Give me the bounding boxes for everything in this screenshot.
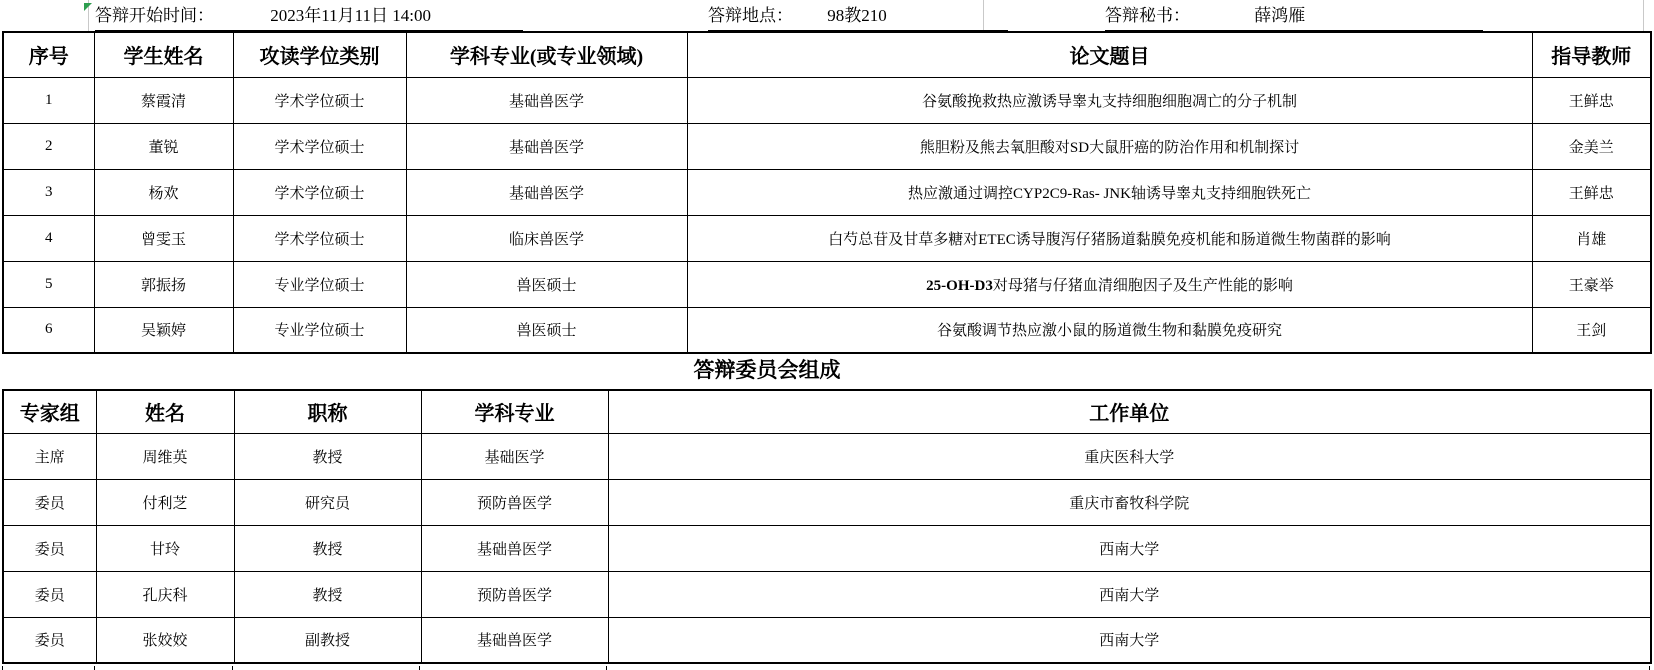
cell-degree-type[interactable]: 学术学位硕士 (233, 169, 406, 215)
cell-title[interactable]: 教授 (234, 433, 421, 479)
cell-major[interactable]: 基础兽医学 (406, 169, 687, 215)
defense-schedule-table: 序号 学生姓名 攻读学位类别 学科专业(或专业领域) 论文题目 指导教师 1蔡霞… (2, 31, 1652, 354)
col-header-title[interactable]: 职称 (234, 390, 421, 433)
col-header-thesis[interactable]: 论文题目 (687, 32, 1532, 77)
cell-no[interactable]: 6 (3, 307, 94, 353)
cell-name[interactable]: 曾雯玉 (94, 215, 233, 261)
gridline (419, 666, 420, 670)
col-header-advisor[interactable]: 指导教师 (1532, 32, 1651, 77)
cell-role[interactable]: 委员 (3, 479, 96, 525)
cell-role[interactable]: 委员 (3, 617, 96, 663)
cell-title[interactable]: 谷氨酸调节热应激小鼠的肠道微生物和黏膜免疫研究 (687, 307, 1532, 353)
cell-title[interactable]: 教授 (234, 571, 421, 617)
cell-name[interactable]: 付利芝 (96, 479, 234, 525)
defense-secretary-cell[interactable]: 答辩秘书： 薛鸿雁 (1105, 2, 1483, 31)
cell-no[interactable]: 2 (3, 123, 94, 169)
cell-title[interactable]: 副教授 (234, 617, 421, 663)
cell-name[interactable]: 董锐 (94, 123, 233, 169)
cell-major[interactable]: 基础兽医学 (406, 123, 687, 169)
cell-title[interactable]: 白芍总苷及甘草多糖对ETEC诱导腹泻仔猪肠道黏膜免疫机能和肠道微生物菌群的影响 (687, 215, 1532, 261)
cell-major[interactable]: 兽医硕士 (406, 261, 687, 307)
cell-organization[interactable]: 西南大学 (608, 525, 1651, 571)
student-row: 5郭振扬专业学位硕士兽医硕士25-OH-D3对母猪与仔猪血清细胞因子及生产性能的… (3, 261, 1651, 307)
cell-degree-type[interactable]: 学术学位硕士 (233, 77, 406, 123)
col-header-major[interactable]: 学科专业(或专业领域) (406, 32, 687, 77)
cell-error-indicator-icon (84, 3, 92, 11)
defense-start-time-cell[interactable]: 答辩开始时间： 2023年11月11日 14:00 (95, 2, 523, 31)
cell-no[interactable]: 4 (3, 215, 94, 261)
thesis-title-text: 对母猪与仔猪血清细胞因子及生产性能的影响 (993, 278, 1293, 294)
start-time-label: 答辩开始时间： (95, 2, 214, 30)
gridline (2, 666, 3, 670)
cell-name[interactable]: 周维英 (96, 433, 234, 479)
cell-advisor[interactable]: 王豪举 (1532, 261, 1651, 307)
cell-organization[interactable]: 西南大学 (608, 617, 1651, 663)
gridline (94, 666, 95, 670)
cell-organization[interactable]: 重庆医科大学 (608, 433, 1651, 479)
cell-title[interactable]: 教授 (234, 525, 421, 571)
cell-advisor[interactable]: 王鲜忠 (1532, 77, 1651, 123)
cell-title[interactable]: 热应激通过调控CYP2C9-Ras- JNK轴诱导睾丸支持细胞铁死亡 (687, 169, 1532, 215)
cell-title[interactable]: 25-OH-D3对母猪与仔猪血清细胞因子及生产性能的影响 (687, 261, 1532, 307)
cell-name[interactable]: 孔庆科 (96, 571, 234, 617)
cell-no[interactable]: 5 (3, 261, 94, 307)
cell-advisor[interactable]: 王鲜忠 (1532, 169, 1651, 215)
col-header-expert-group[interactable]: 专家组 (3, 390, 96, 433)
cell-name[interactable]: 张姣姣 (96, 617, 234, 663)
col-header-no[interactable]: 序号 (3, 32, 94, 77)
location-label: 答辩地点： (708, 2, 793, 30)
thesis-title-text: 谷氨酸挽救热应激诱导睾丸支持细胞细胞凋亡的分子机制 (922, 94, 1297, 110)
student-row: 6吴颖婷专业学位硕士兽医硕士谷氨酸调节热应激小鼠的肠道微生物和黏膜免疫研究王剑 (3, 307, 1651, 353)
committee-row: 委员甘玲教授基础兽医学西南大学 (3, 525, 1651, 571)
gridline (232, 666, 233, 670)
cell-major[interactable]: 基础医学 (421, 433, 608, 479)
cell-major[interactable]: 预防兽医学 (421, 571, 608, 617)
cell-role[interactable]: 主席 (3, 433, 96, 479)
cell-advisor[interactable]: 王剑 (1532, 307, 1651, 353)
student-row: 3杨欢学术学位硕士基础兽医学热应激通过调控CYP2C9-Ras- JNK轴诱导睾… (3, 169, 1651, 215)
col-header-name[interactable]: 姓名 (96, 390, 234, 433)
committee-row: 委员付利芝研究员预防兽医学重庆市畜牧科学院 (3, 479, 1651, 525)
committee-table-header-row: 专家组 姓名 职称 学科专业 工作单位 (3, 390, 1651, 433)
gridline (606, 666, 607, 670)
cell-degree-type[interactable]: 专业学位硕士 (233, 307, 406, 353)
cell-title[interactable]: 研究员 (234, 479, 421, 525)
cell-name[interactable]: 吴颖婷 (94, 307, 233, 353)
cell-degree-type[interactable]: 专业学位硕士 (233, 261, 406, 307)
location-value: 98教210 (827, 2, 887, 30)
cell-no[interactable]: 1 (3, 77, 94, 123)
cell-major[interactable]: 预防兽医学 (421, 479, 608, 525)
committee-row: 委员孔庆科教授预防兽医学西南大学 (3, 571, 1651, 617)
cell-organization[interactable]: 西南大学 (608, 571, 1651, 617)
committee-row: 主席周维英教授基础医学重庆医科大学 (3, 433, 1651, 479)
col-header-organization[interactable]: 工作单位 (608, 390, 1651, 433)
cell-organization[interactable]: 重庆市畜牧科学院 (608, 479, 1651, 525)
student-row: 2董锐学术学位硕士基础兽医学熊胆粉及熊去氧胆酸对SD大鼠肝癌的防治作用和机制探讨… (3, 123, 1651, 169)
student-row: 1蔡霞清学术学位硕士基础兽医学谷氨酸挽救热应激诱导睾丸支持细胞细胞凋亡的分子机制… (3, 77, 1651, 123)
cell-major[interactable]: 基础兽医学 (421, 617, 608, 663)
student-row: 4曾雯玉学术学位硕士临床兽医学白芍总苷及甘草多糖对ETEC诱导腹泻仔猪肠道黏膜免… (3, 215, 1651, 261)
cell-major[interactable]: 兽医硕士 (406, 307, 687, 353)
thesis-title-text: 热应激通过调控CYP2C9-Ras- JNK轴诱导睾丸支持细胞铁死亡 (908, 186, 1311, 202)
secretary-label: 答辩秘书： (1105, 2, 1190, 30)
gridline (1649, 666, 1650, 670)
thesis-title-bold-part: 25-OH-D3 (926, 278, 993, 294)
start-time-value: 2023年11月11日 14:00 (270, 2, 431, 30)
cell-degree-type[interactable]: 学术学位硕士 (233, 123, 406, 169)
committee-row: 委员张姣姣副教授基础兽医学西南大学 (3, 617, 1651, 663)
cell-degree-type[interactable]: 学术学位硕士 (233, 215, 406, 261)
col-header-degree-type[interactable]: 攻读学位类别 (233, 32, 406, 77)
cell-name[interactable]: 蔡霞清 (94, 77, 233, 123)
col-header-major2[interactable]: 学科专业 (421, 390, 608, 433)
cell-title[interactable]: 谷氨酸挽救热应激诱导睾丸支持细胞细胞凋亡的分子机制 (687, 77, 1532, 123)
committee-section-title: 答辩委员会组成 (2, 352, 1532, 389)
cell-title[interactable]: 熊胆粉及熊去氧胆酸对SD大鼠肝癌的防治作用和机制探讨 (687, 123, 1532, 169)
cell-role[interactable]: 委员 (3, 571, 96, 617)
cell-name[interactable]: 郭振扬 (94, 261, 233, 307)
defense-table-header-row: 序号 学生姓名 攻读学位类别 学科专业(或专业领域) 论文题目 指导教师 (3, 32, 1651, 77)
defense-location-cell[interactable]: 答辩地点： 98教210 (708, 2, 1008, 31)
cell-major[interactable]: 临床兽医学 (406, 215, 687, 261)
secretary-value: 薛鸿雁 (1254, 2, 1305, 30)
cell-advisor[interactable]: 肖雄 (1532, 215, 1651, 261)
spreadsheet-view: 答辩开始时间： 2023年11月11日 14:00 答辩地点： 98教210 答… (0, 0, 1654, 670)
thesis-title-text: 谷氨酸调节热应激小鼠的肠道微生物和黏膜免疫研究 (937, 323, 1282, 339)
gridline (1643, 0, 1644, 31)
cell-major[interactable]: 基础兽医学 (421, 525, 608, 571)
cell-major[interactable]: 基础兽医学 (406, 77, 687, 123)
col-header-student[interactable]: 学生姓名 (94, 32, 233, 77)
committee-table: 专家组 姓名 职称 学科专业 工作单位 主席周维英教授基础医学重庆医科大学委员付… (2, 389, 1652, 664)
cell-name[interactable]: 甘玲 (96, 525, 234, 571)
thesis-title-text: 白芍总苷及甘草多糖对ETEC诱导腹泻仔猪肠道黏膜免疫机能和肠道微生物菌群的影响 (828, 232, 1391, 248)
cell-advisor[interactable]: 金美兰 (1532, 123, 1651, 169)
cell-no[interactable]: 3 (3, 169, 94, 215)
cell-name[interactable]: 杨欢 (94, 169, 233, 215)
thesis-title-text: 熊胆粉及熊去氧胆酸对SD大鼠肝癌的防治作用和机制探讨 (920, 140, 1299, 156)
cell-role[interactable]: 委员 (3, 525, 96, 571)
